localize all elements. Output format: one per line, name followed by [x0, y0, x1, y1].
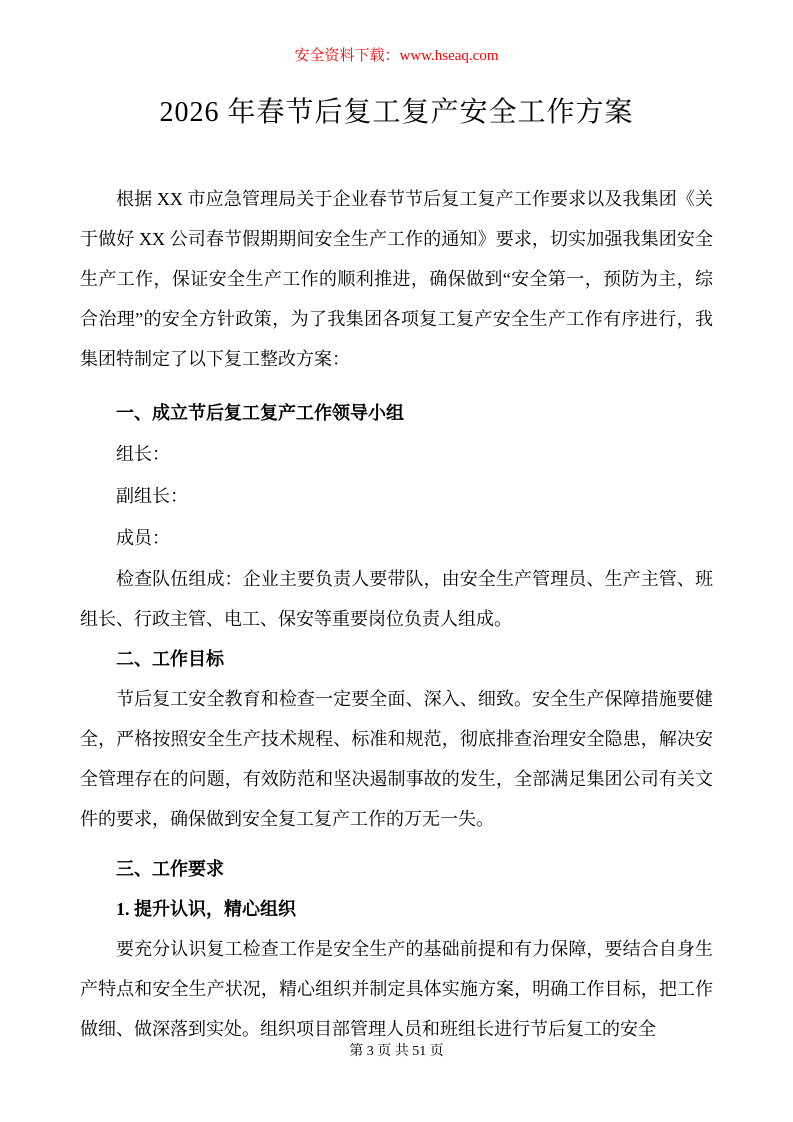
- paragraph-intro: 根据 XX 市应急管理局关于企业春节节后复工复产工作要求以及我集团《关于做好 X…: [80, 179, 713, 379]
- page-header: 安全资料下载：www.hseaq.com: [80, 45, 713, 67]
- page-footer: 第 3 页 共 51 页: [0, 1042, 793, 1062]
- header-site-url: www.hseaq.com: [400, 48, 499, 64]
- heading-section-1: 一、成立节后复工复产工作领导小组: [80, 393, 713, 433]
- label-group-leader: 组长：: [80, 433, 713, 475]
- label-members: 成员：: [80, 517, 713, 559]
- paragraph-work-goals: 节后复工安全教育和检查一定要全面、深入、细致。安全生产保障措施要健全，严格按照安…: [80, 679, 713, 839]
- heading-section-2: 二、工作目标: [80, 639, 713, 679]
- document-page: 安全资料下载：www.hseaq.com 2026 年春节后复工复产安全工作方案…: [0, 0, 793, 1122]
- paragraph-inspection-team: 检查队伍组成：企业主要负责人要带队，由安全生产管理员、生产主管、班组长、行政主管…: [80, 559, 713, 639]
- document-body: 根据 XX 市应急管理局关于企业春节节后复工复产工作要求以及我集团《关于做好 X…: [80, 179, 713, 1049]
- header-download-label: 安全资料下载：: [294, 48, 399, 64]
- label-deputy-leader: 副组长：: [80, 475, 713, 517]
- document-title: 2026 年春节后复工复产安全工作方案: [80, 93, 713, 133]
- subheading-item-1: 1. 提升认识，精心组织: [80, 889, 713, 929]
- paragraph-requirements: 要充分认识复工检查工作是安全生产的基础前提和有力保障，要结合自身生产特点和安全生…: [80, 929, 713, 1049]
- page-number-text: 第 3 页 共 51 页: [349, 1044, 444, 1059]
- heading-section-3: 三、工作要求: [80, 849, 713, 889]
